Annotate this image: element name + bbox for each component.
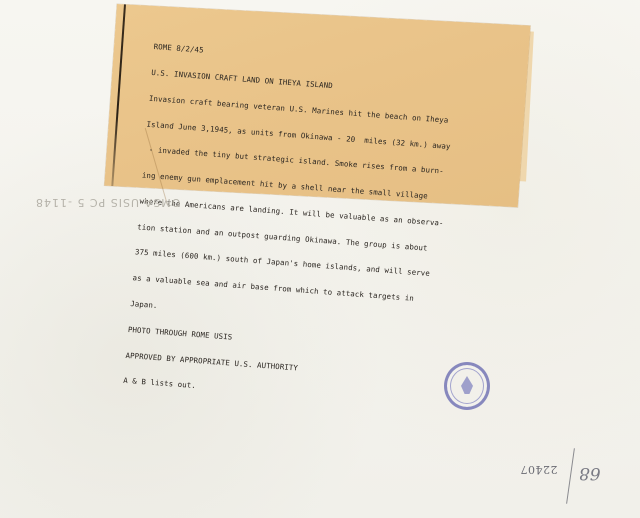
archive-stamp: [444, 362, 490, 410]
archive-number: 22407: [520, 463, 558, 476]
pencil-catalog-note: OMSA USIS PC 5 -1148: [35, 196, 180, 209]
caption-clipping: ROME 8/2/45 U.S. INVASION CRAFT LAND ON …: [104, 4, 530, 207]
stamp-emblem-icon: [461, 376, 473, 394]
handwritten-number: 68: [579, 463, 601, 483]
